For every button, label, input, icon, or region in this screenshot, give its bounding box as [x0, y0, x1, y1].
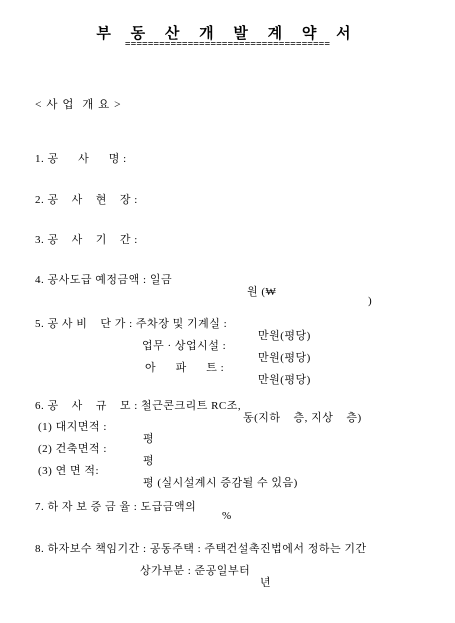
- item-construction-scale: 6. 공 사 규 모 : 철근콘크리트 RC조, 동(지하 층, 지상 층): [0, 385, 455, 399]
- item-defect-guarantee-rate: 7. 하 자 보 증 금 율 : 도급금액의 %: [0, 486, 455, 500]
- item-total-floor-area: (3) 연 면 적: 평 (실시설계시 증감될 수 있음): [0, 450, 455, 464]
- item-unit-price: 5. 공 사 비 단 가 : 주차장 및 기계실 : 만원(평당): [0, 303, 455, 317]
- contract-amount-label: 4. 공사도급 예정금액 : 일금: [35, 271, 172, 287]
- unit-price-apartment-label: 아 파 트 :: [145, 359, 224, 375]
- item-land-area: (1) 대지면적 : 평: [0, 406, 455, 420]
- contract-amount-won-open: 원 (₩: [247, 283, 276, 299]
- defect-liability-commercial-label: 상가부분 : 준공일부터: [140, 562, 250, 578]
- item-defect-liability-commercial: 상가부분 : 준공일부터 년: [0, 550, 455, 564]
- item-unit-price-office: 업무 · 상업시설 : 만원(평당): [0, 325, 455, 339]
- defect-guarantee-rate-unit: %: [222, 510, 232, 522]
- item-unit-price-apartment: 아 파 트 : 만원(평당): [0, 347, 455, 361]
- item-defect-liability-period: 8. 하자보수 책임기간 : 공동주택 : 주택건설촉진법에서 정하는 기간: [0, 528, 455, 542]
- item-contract-amount: 4. 공사도급 예정금액 : 일금 원 (₩ ): [0, 259, 455, 273]
- section-header-overview: < 사 업 개 요 >: [35, 96, 122, 112]
- item-construction-period: 3. 공 사 기 간 :: [0, 219, 455, 233]
- defect-liability-commercial-unit: 년: [260, 574, 271, 590]
- item-construction-name: 1. 공 사 명 :: [0, 138, 455, 152]
- defect-guarantee-rate-label: 7. 하 자 보 증 금 율 : 도급금액의: [35, 498, 196, 514]
- title-underline: ====================================: [0, 39, 455, 50]
- construction-period-label: 3. 공 사 기 간 :: [35, 231, 138, 247]
- total-floor-area-label: (3) 연 면 적:: [38, 462, 99, 478]
- contract-document-page: 부 동 산 개 발 계 약 서 ========================…: [0, 0, 455, 623]
- item-building-area: (2) 건축면적 : 평: [0, 428, 455, 442]
- construction-site-label: 2. 공 사 현 장 :: [35, 191, 138, 207]
- construction-name-label: 1. 공 사 명 :: [35, 150, 127, 166]
- item-construction-site: 2. 공 사 현 장 :: [0, 179, 455, 193]
